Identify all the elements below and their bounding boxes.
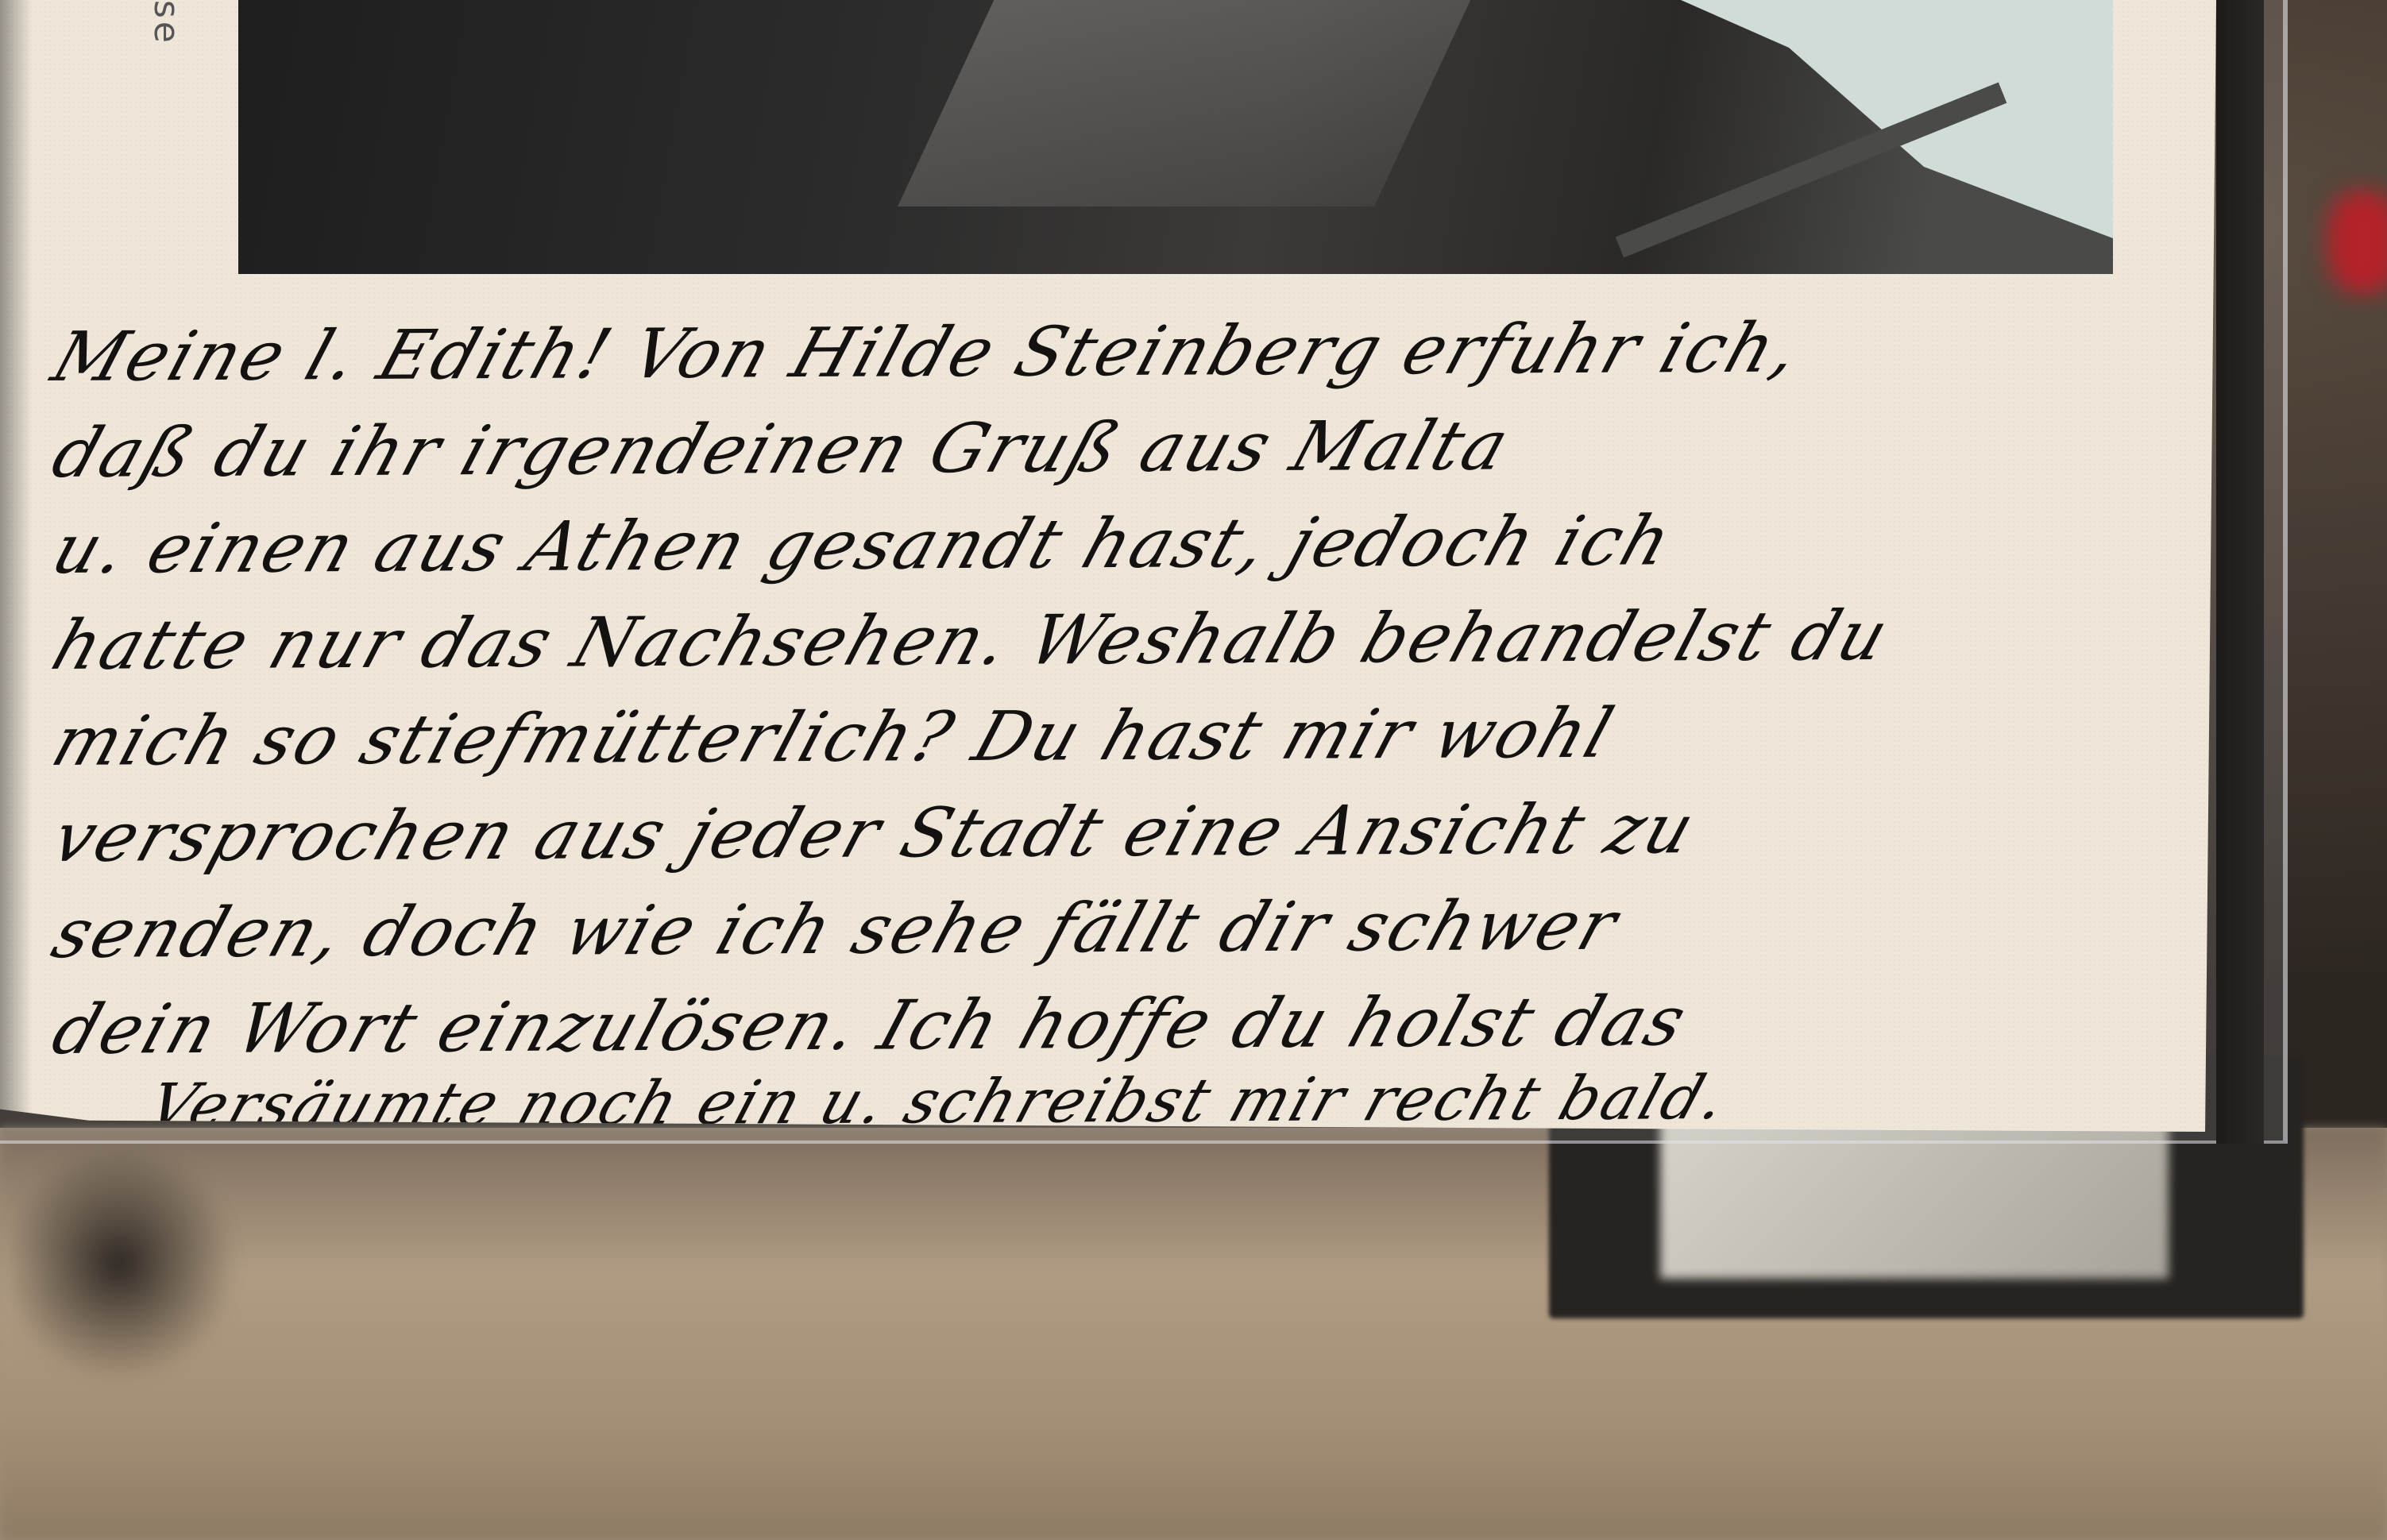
sleeve-dark-edge	[2216, 0, 2264, 1144]
printed-photo	[238, 0, 2113, 274]
message-line-5: mich so stiefmütterlich? Du hast mir woh…	[41, 683, 2219, 790]
background-shadow	[0, 1144, 238, 1382]
message-line-2: daß du ihr irgendeinen Gruß aus Malta	[41, 395, 2219, 502]
message-line-3: u. einen aus Athen gesandt hast, jedoch …	[41, 491, 2219, 598]
card-edge-shadow	[0, 0, 32, 1132]
message-line-6: versprochen aus jeder Stadt eine Ansicht…	[41, 779, 2219, 886]
postcard: se Meine l. Edith! Von Hilde Steinberg e…	[0, 0, 2216, 1132]
message-line-7: senden, doch wie ich sehe fällt dir schw…	[41, 875, 2219, 982]
background-red-object	[2327, 191, 2387, 294]
printed-caption: se	[146, 0, 187, 46]
handwritten-message: Meine l. Edith! Von Hilde Steinberg erfu…	[56, 310, 2200, 1134]
message-line-8: dein Wort einzulösen. Ich hoffe du holst…	[41, 971, 2219, 1079]
photo-sky	[1573, 0, 2113, 238]
message-line-4: hatte nur das Nachsehen. Weshalb behande…	[41, 587, 2219, 694]
photo-roof	[898, 0, 1485, 206]
message-line-1: Meine l. Edith! Von Hilde Steinberg erfu…	[41, 299, 2219, 406]
